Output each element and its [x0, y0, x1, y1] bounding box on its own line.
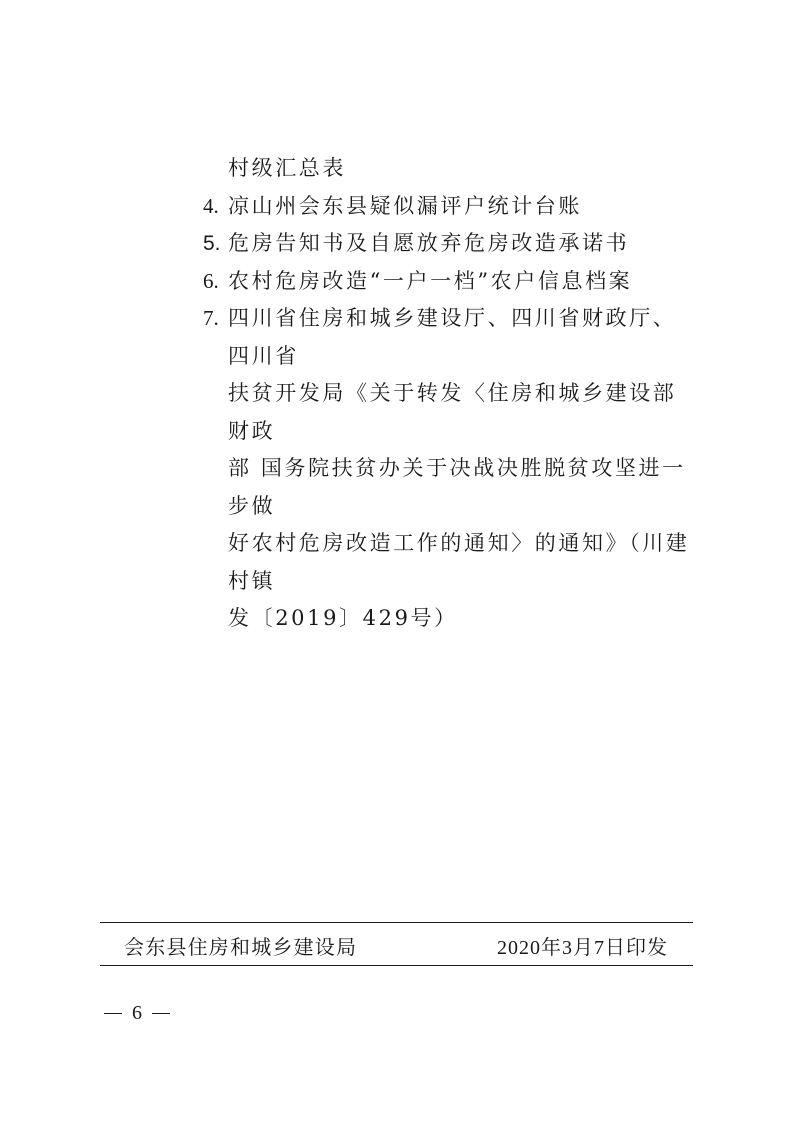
attachment-item-3-continuation: 村级汇总表 — [203, 150, 693, 188]
attachment-item-6: 6. 农村危房改造“一户一档”农户信息档案 — [203, 263, 693, 301]
attachment-text-line: 部 国务院扶贫办关于决战决胜脱贫攻坚进一步做 — [228, 450, 693, 525]
attachment-text: 村级汇总表 — [228, 150, 693, 188]
issuance-footer: 会东县住房和城乡建设局 2020年3月7日印发 — [100, 922, 693, 966]
page-number: 6 — [104, 1002, 170, 1025]
attachment-number: 6. — [203, 263, 219, 301]
attachment-text: 农村危房改造“一户一档”农户信息档案 — [228, 263, 693, 301]
dash-right — [152, 1013, 170, 1015]
attachment-item-5: 5. 危房告知书及自愿放弃危房改造承诺书 — [203, 225, 693, 263]
attachment-text: 凉山州会东县疑似漏评户统计台账 — [228, 188, 693, 226]
attachment-text-line: 四川省住房和城乡建设厅、四川省财政厅、四川省 — [228, 300, 693, 375]
attachment-text-line: 好农村危房改造工作的通知〉的通知》（川建村镇 — [228, 525, 693, 600]
attachment-text-line: 扶贫开发局《关于转发〈住房和城乡建设部 财政 — [228, 375, 693, 450]
page-number-value: 6 — [132, 1002, 142, 1025]
attachment-number: 4. — [203, 188, 219, 226]
issuing-authority: 会东县住房和城乡建设局 — [124, 931, 357, 960]
dash-left — [104, 1013, 122, 1015]
attachment-item-4: 4. 凉山州会东县疑似漏评户统计台账 — [203, 188, 693, 226]
attachment-number: 5. — [203, 225, 221, 263]
attachment-item-7: 7. 四川省住房和城乡建设厅、四川省财政厅、四川省 扶贫开发局《关于转发〈住房和… — [203, 300, 693, 638]
issue-date: 2020年3月7日印发 — [497, 931, 668, 960]
attachment-number: 7. — [203, 300, 219, 338]
attachment-list: 村级汇总表 4. 凉山州会东县疑似漏评户统计台账 5. 危房告知书及自愿放弃危房… — [203, 150, 693, 638]
attachment-text-line: 发〔2019〕429号） — [228, 600, 693, 638]
attachment-text: 危房告知书及自愿放弃危房改造承诺书 — [228, 225, 693, 263]
